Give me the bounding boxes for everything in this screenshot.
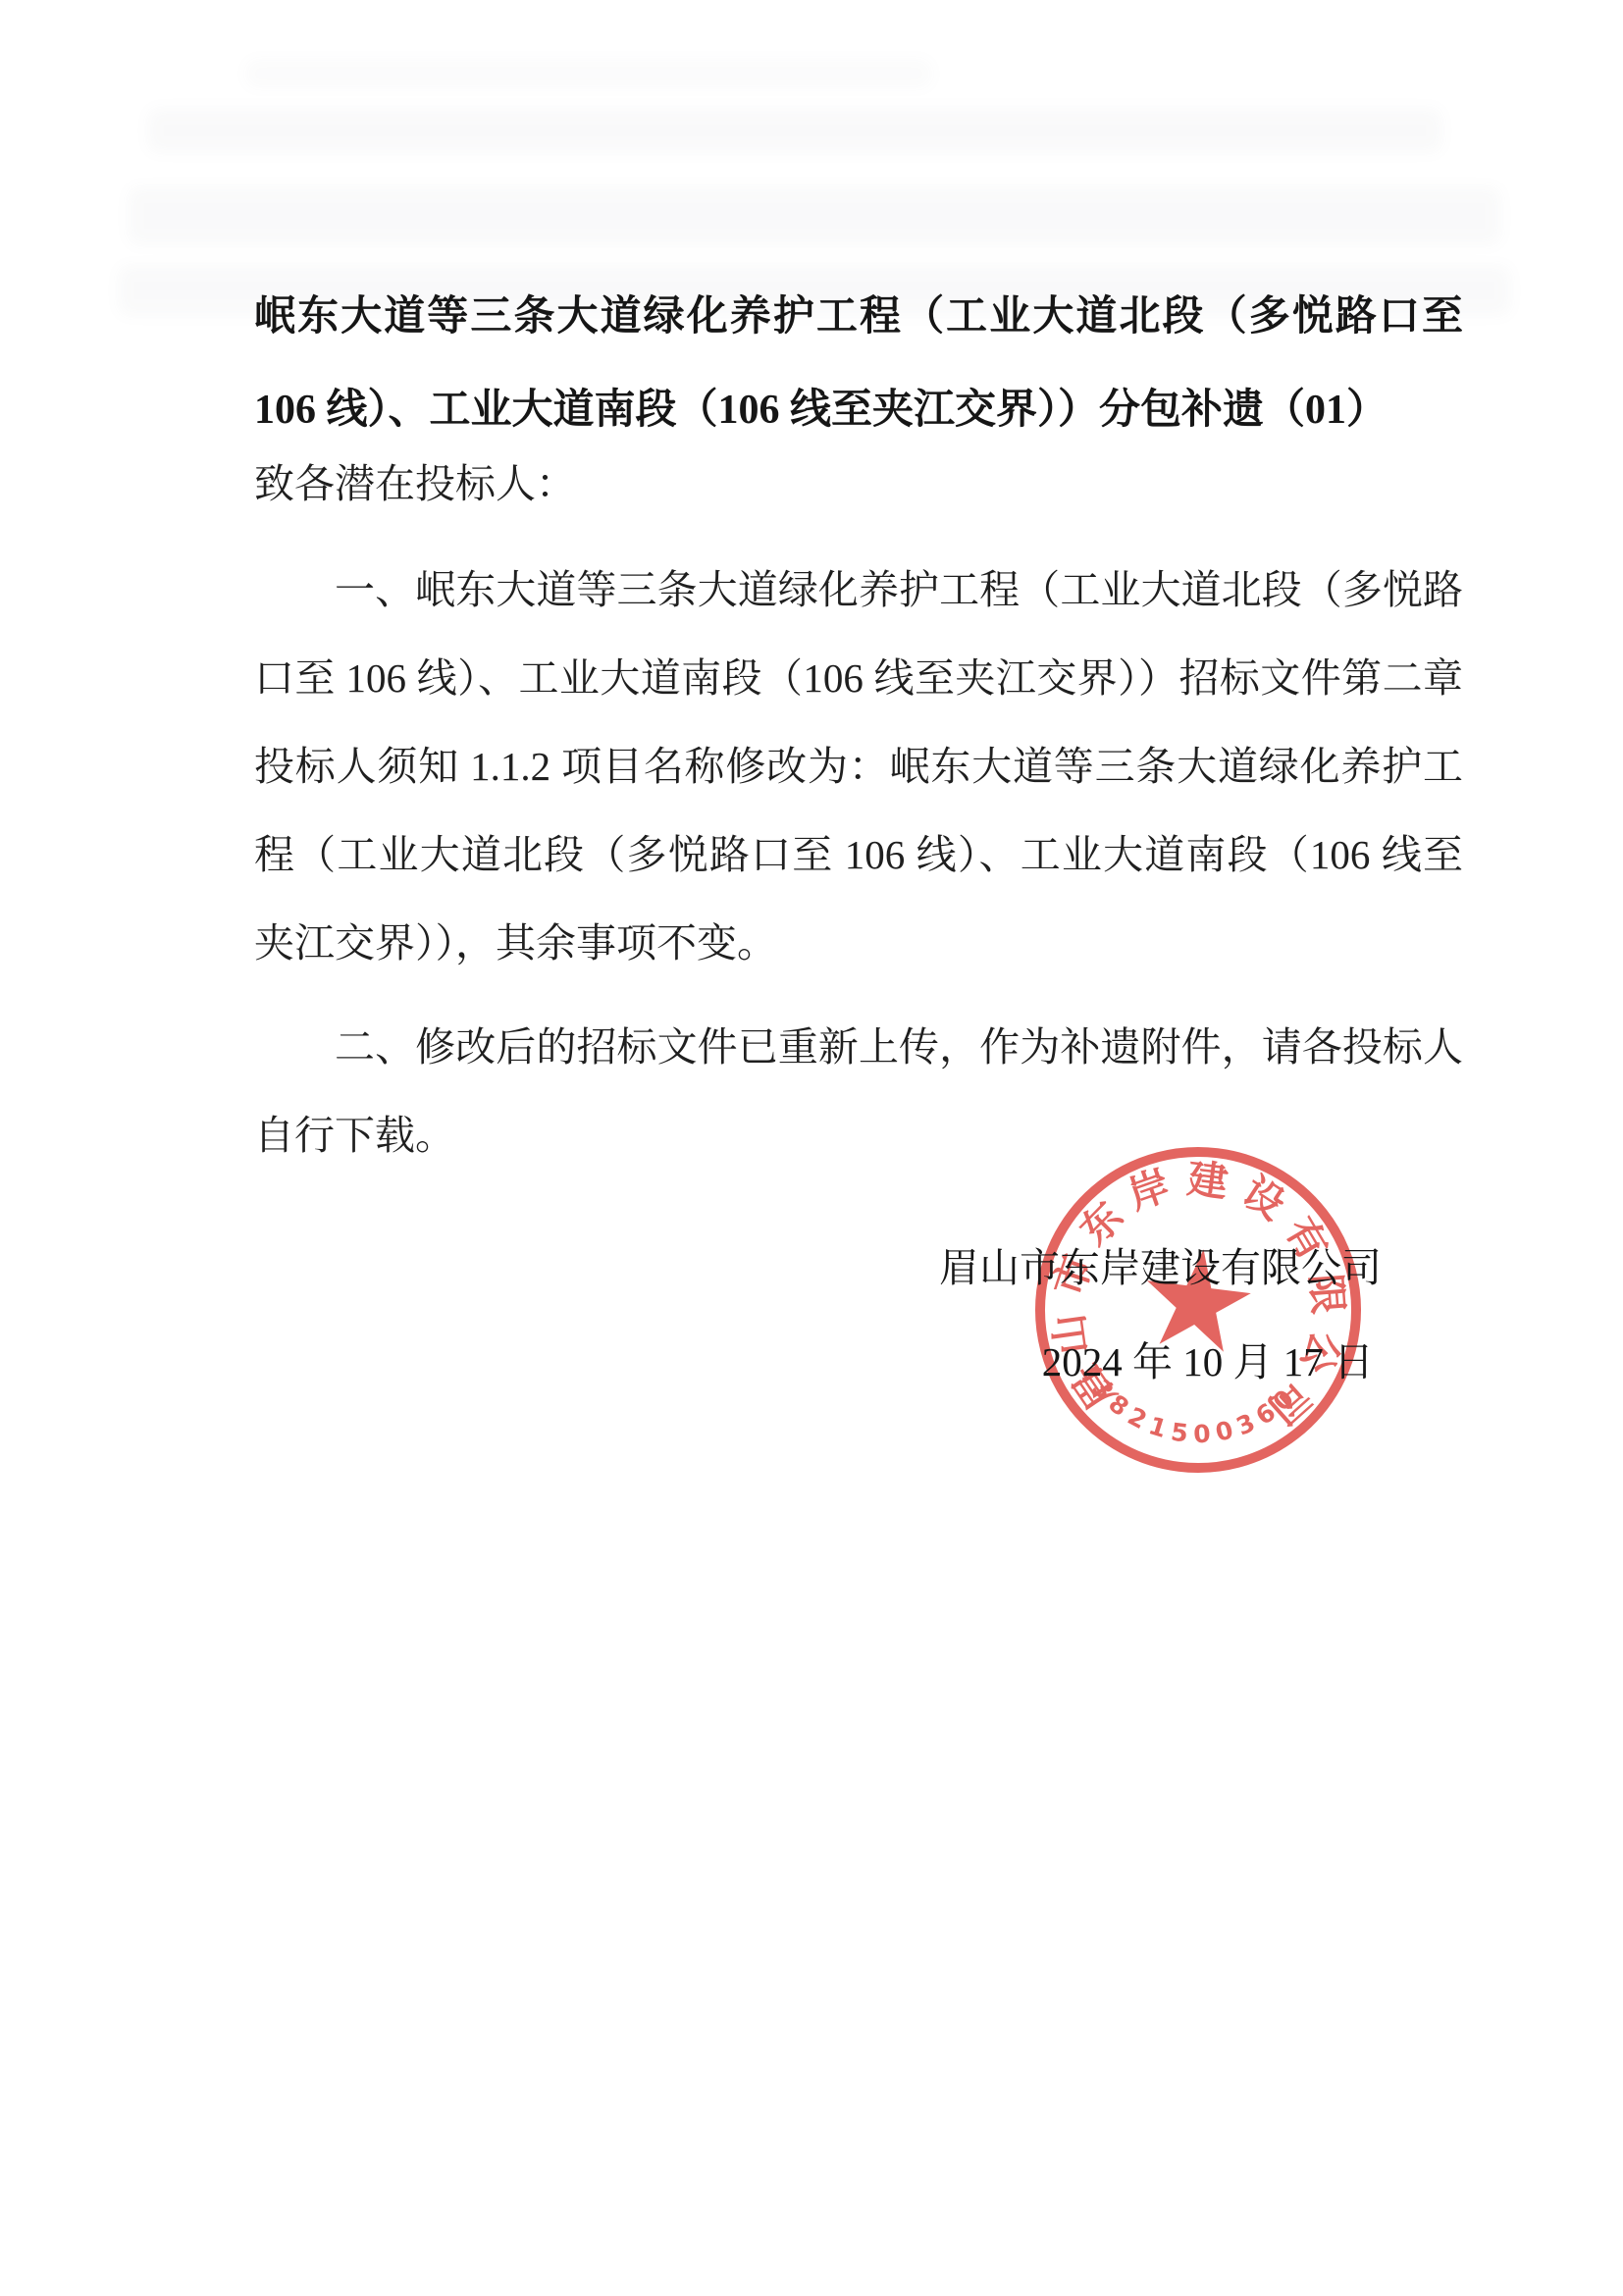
document-page: 岷东大道等三条大道绿化养护工程（工业大道北段（多悦路口至 106 线）、工业大道… (0, 0, 1623, 2296)
company-seal: 眉山市东岸建设有限公司 5138215003606 (1010, 1122, 1386, 1497)
document-body: 岷东大道等三条大道绿化养护工程（工业大道北段（多悦路口至 106 线）、工业大道… (254, 271, 1463, 1179)
signature-date: 2024 年 10 月 17 日 (1042, 1342, 1374, 1383)
signature-company: 眉山市东岸建设有限公司 (939, 1248, 1382, 1288)
document-title: 岷东大道等三条大道绿化养护工程（工业大道北段（多悦路口至 106 线）、工业大道… (254, 271, 1463, 457)
scan-artifact (147, 108, 1442, 153)
scan-artifact (245, 59, 932, 88)
scan-artifact (128, 186, 1501, 245)
paragraph-1: 一、岷东大道等三条大道绿化养护工程（工业大道北段（多悦路口至 106 线）、工业… (254, 546, 1463, 987)
